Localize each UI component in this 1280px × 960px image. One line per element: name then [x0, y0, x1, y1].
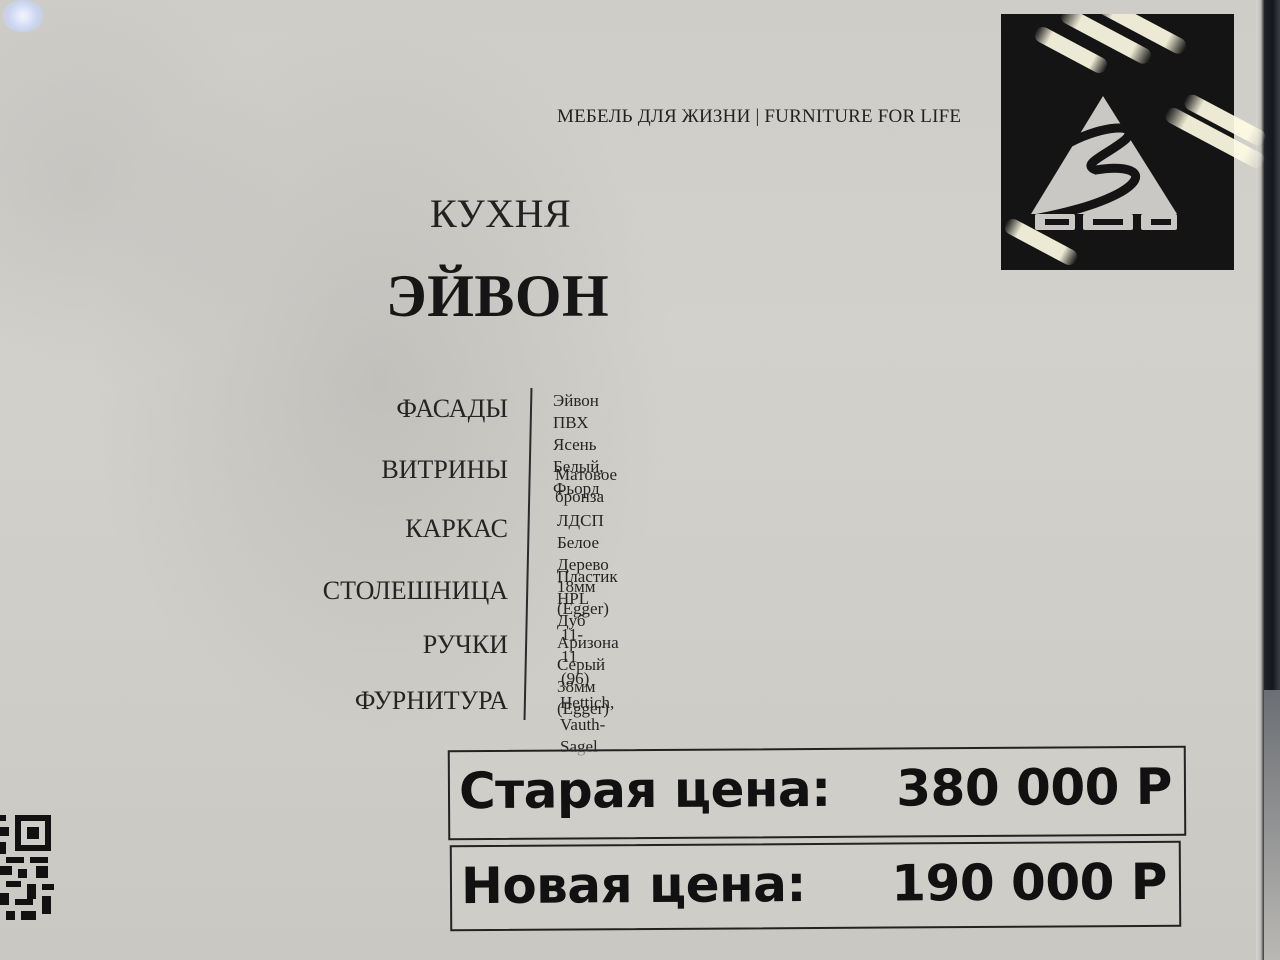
new-price-value: 190 000 Р: [891, 853, 1167, 913]
new-price-box: Новая цена: 190 000 Р: [450, 841, 1182, 931]
product-name: ЭЙВОН: [386, 262, 609, 331]
spec-label-countertop: СТОЛЕШНИЦА: [0, 576, 508, 606]
spec-value-showcases: Матовое бронза: [555, 464, 617, 508]
spec-value-handles: 11-11 (96): [561, 624, 589, 690]
spec-label-hardware: ФУРНИТУРА: [0, 686, 508, 716]
qr-code-icon: [0, 808, 60, 930]
spec-label-handles: РУЧКИ: [0, 630, 508, 660]
light-reflection: [2, 0, 44, 32]
spec-value-hardware: Hettich, Vauth-Sagel: [560, 692, 614, 758]
old-price-label: Старая цена:: [459, 760, 831, 820]
brand-slogan: МЕБЕЛЬ ДЛЯ ЖИЗНИ | FURNITURE FOR LIFE: [557, 106, 961, 128]
zov-logo: [1001, 14, 1234, 270]
new-price-label: Новая цена:: [461, 855, 806, 915]
spec-label-showcases: ВИТРИНЫ: [0, 455, 508, 485]
product-type: КУХНЯ: [430, 190, 571, 237]
spec-label-carcass: КАРКАС: [0, 514, 508, 544]
spec-label-facades: ФАСАДЫ: [0, 394, 508, 424]
old-price-box: Старая цена: 380 000 Р: [448, 746, 1187, 841]
old-price-value: 380 000 Р: [896, 758, 1172, 818]
